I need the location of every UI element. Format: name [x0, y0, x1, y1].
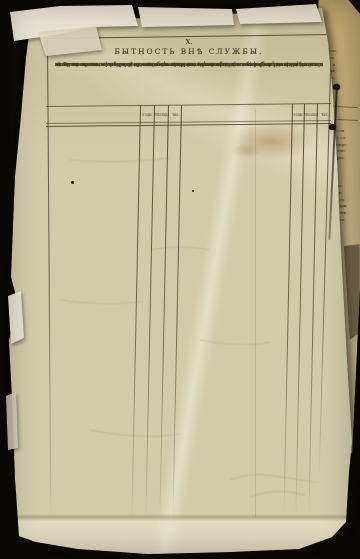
torn-paper-pieces	[0, 0, 360, 559]
binding-hole	[333, 84, 340, 90]
scanned-document: рѣшен. хъ, съ кого и время; въ пл. наго …	[0, 0, 360, 559]
torn-left-sliver	[0, 0, 40, 470]
torn-left-sliver	[0, 0, 40, 360]
binding-hole	[329, 124, 336, 130]
